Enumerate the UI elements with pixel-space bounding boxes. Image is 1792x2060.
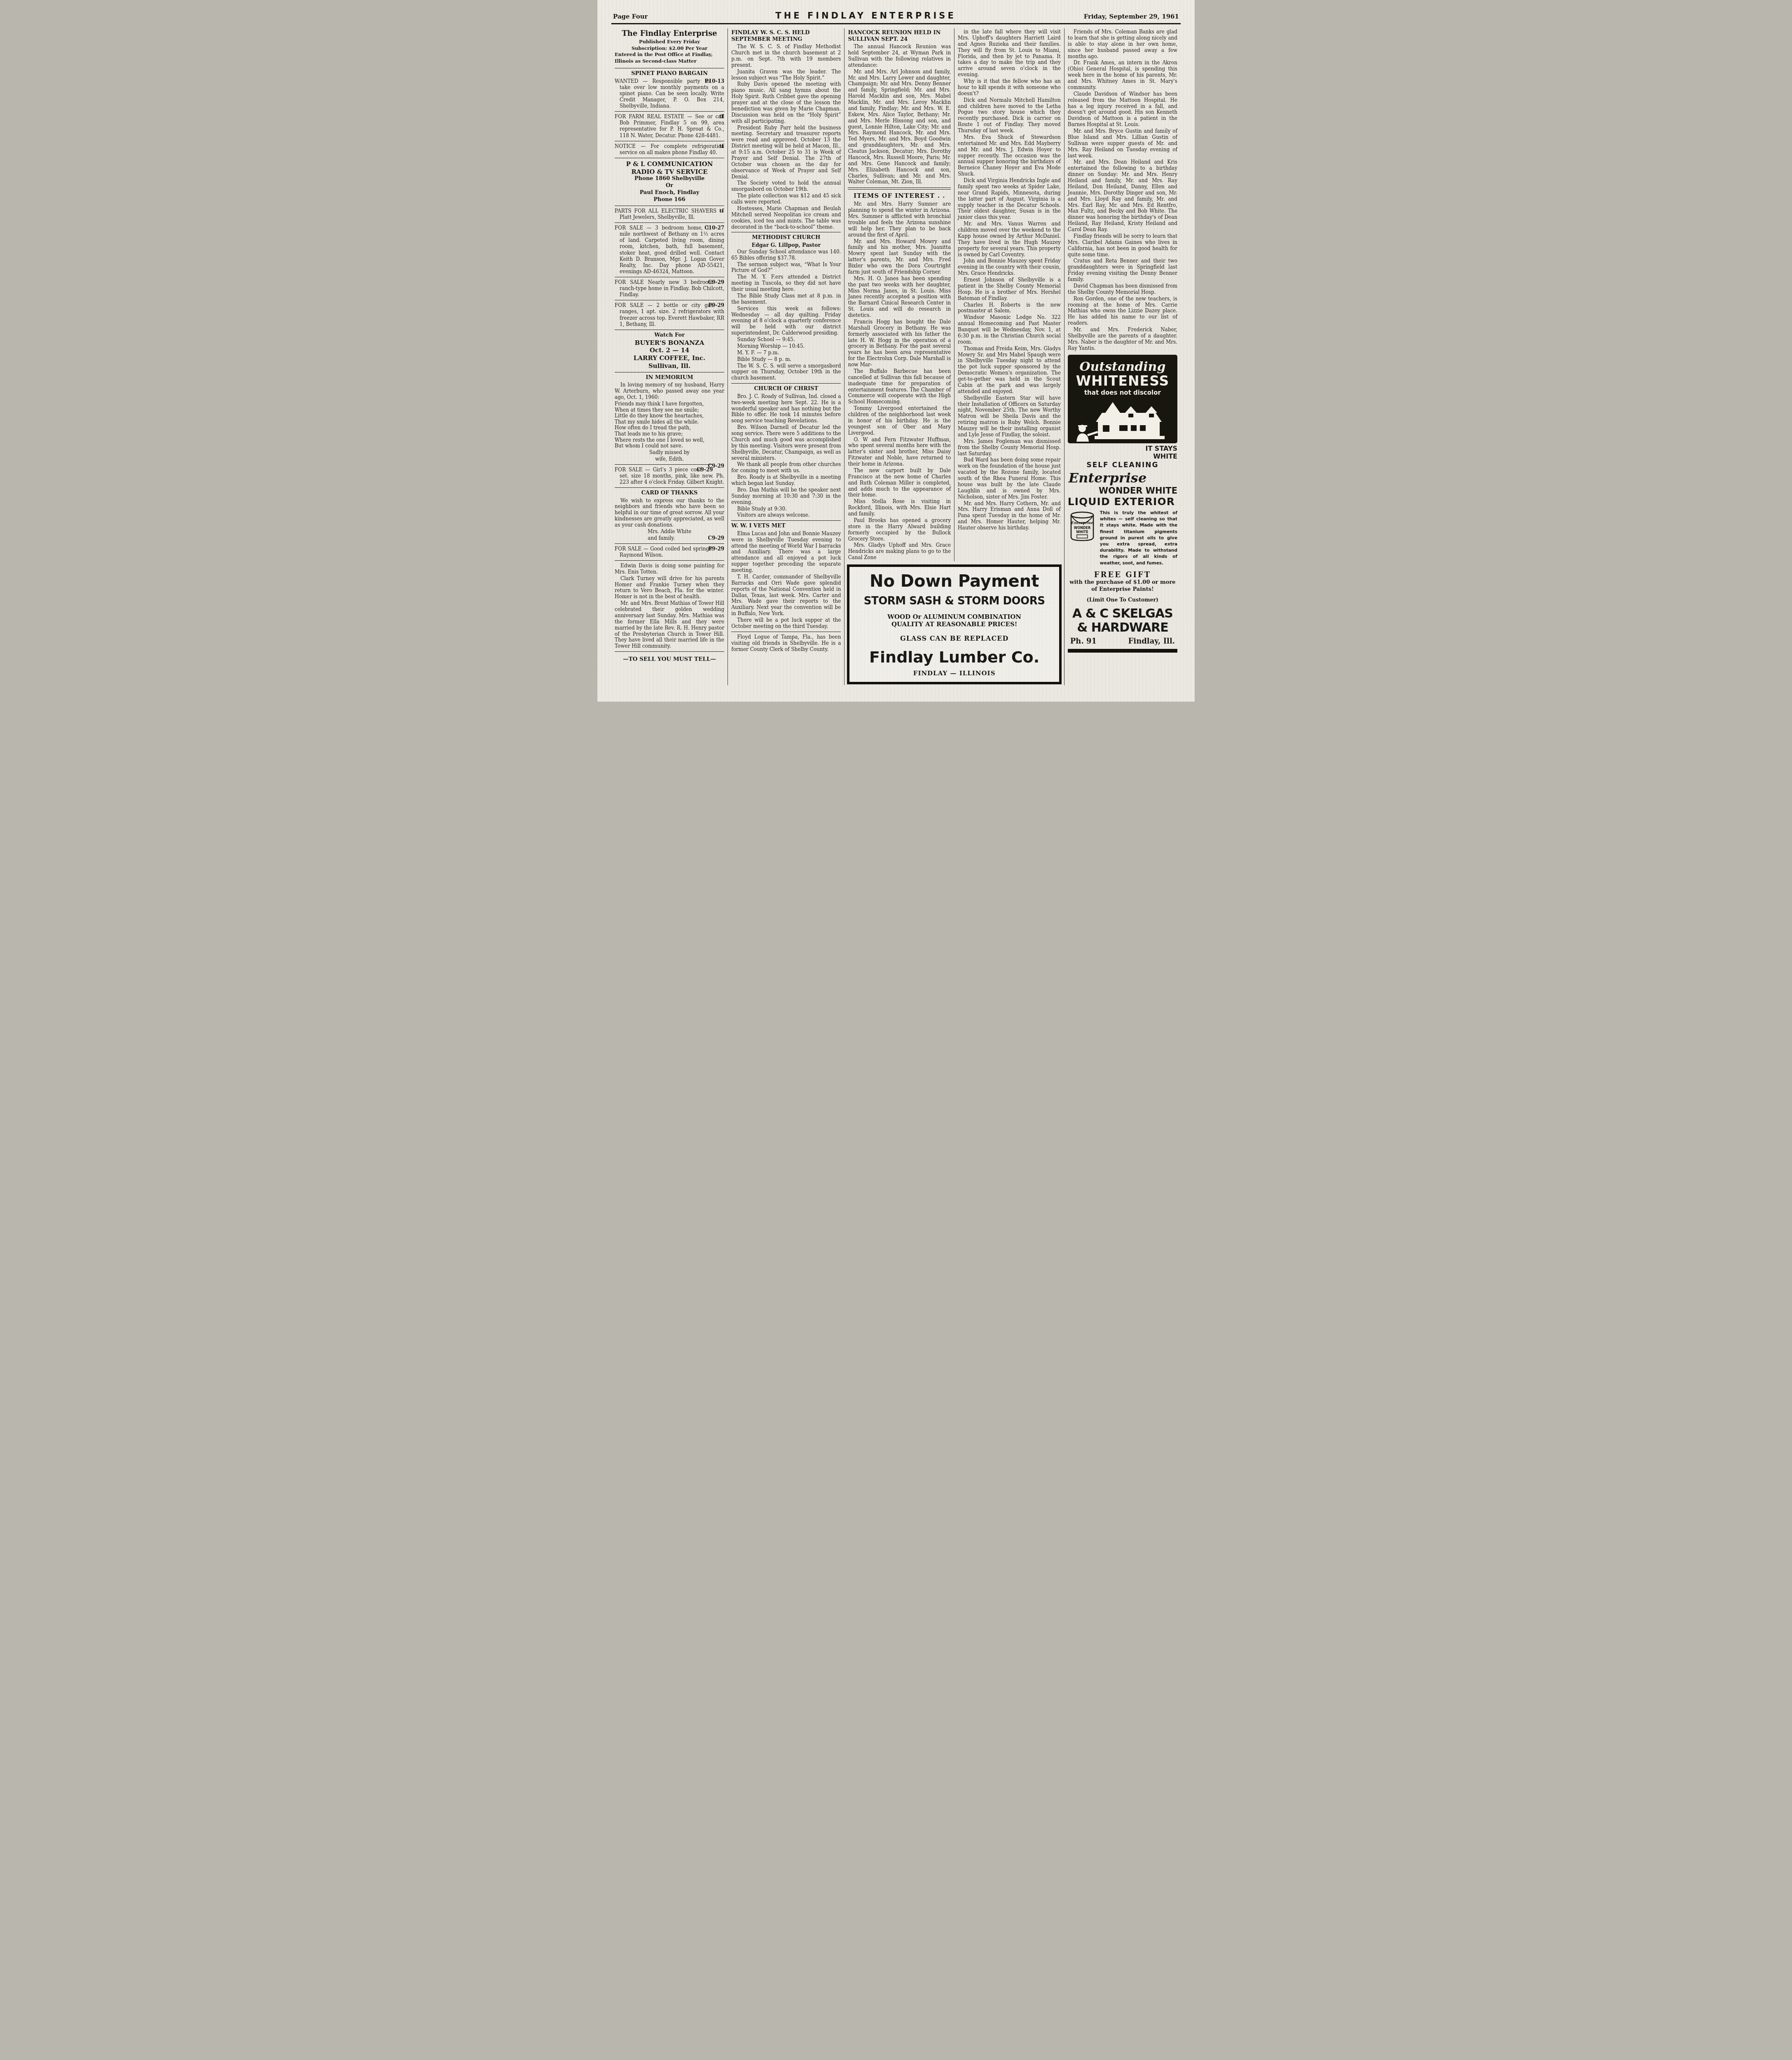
store-contact: Ph. 91 Findlay, Ill. bbox=[1068, 635, 1177, 646]
article-body: The annual Hancock Reunion was held Sept… bbox=[848, 44, 951, 185]
store-name-line: A & C SKELGAS bbox=[1068, 607, 1177, 621]
newspaper-title: THE FINDLAY ENTERPRISE bbox=[775, 11, 956, 21]
article-forsale-ranges: P9-29FOR SALE — 2 bottle or city gas ran… bbox=[615, 302, 724, 327]
divider-double bbox=[848, 187, 951, 190]
divider bbox=[615, 277, 724, 277]
divider bbox=[615, 464, 713, 465]
ad-line: Oct. 2 — 14 bbox=[615, 346, 724, 354]
article-items-of-interest: ITEMS OF INTEREST . . Mr. and Mrs. Harry… bbox=[848, 192, 951, 561]
paragraph: Edwin Davis is doing some painting for M… bbox=[615, 563, 724, 575]
paragraph: Bro. Wilson Darnell of Decatur led the s… bbox=[731, 424, 841, 461]
article-pl-communication: P & L COMMUNICATION RADIO & TV SERVICE P… bbox=[615, 160, 724, 204]
local-news: Edwin Davis is doing some painting for M… bbox=[615, 563, 724, 649]
classified-ad: P9-29FOR SALE — Good coiled bed springs.… bbox=[615, 546, 724, 558]
paint-ad-big-word: WHITENESS bbox=[1072, 374, 1173, 389]
paint-ad-product-line: LIQUID EXTERIOR bbox=[1068, 496, 1177, 508]
enterprise-paint-ad: Outstanding WHITENESS that does not disc… bbox=[1068, 355, 1177, 653]
free-gift-limit: (Limit One To Customer) bbox=[1068, 597, 1177, 603]
ad-line: Watch For bbox=[615, 332, 724, 339]
paint-ad-description-row: Enterprise WONDER WHITE This is truly th… bbox=[1068, 510, 1177, 566]
divider bbox=[615, 111, 724, 112]
paragraph: Windsor Masonic Lodge No. 322 annual Hom… bbox=[958, 314, 1061, 345]
signoff-line: wife, Edith. bbox=[615, 456, 724, 462]
paragraph: We thank all people from other churches … bbox=[731, 461, 841, 474]
ad-text: FOR FARM REAL ESTATE — See or call Bob P… bbox=[615, 114, 724, 138]
lumber-ad-text: QUALITY AT REASONABLE PRICES! bbox=[854, 620, 1055, 628]
article-body: The W. S. C. S. of Findlay Methodist Chu… bbox=[731, 44, 841, 230]
paragraph: Bud Ward has been doing some repair work… bbox=[958, 457, 1061, 500]
ad-line: LARRY COFFEE, Inc. bbox=[615, 354, 724, 362]
ad-code: C9-29 bbox=[713, 279, 725, 286]
paragraph: Thomas and Freida Keim, Mrs. Gladys Mowr… bbox=[958, 346, 1061, 395]
paragraph: The W. S. C. S. of Findlay Methodist Chu… bbox=[731, 44, 841, 68]
divider bbox=[615, 372, 724, 372]
classified-ad: C10-27FOR SALE — 3 bedroom home, 1 mile … bbox=[615, 225, 724, 275]
paragraph: Mr. and Mrs. Harry Cothern, Mr. and Mrs.… bbox=[958, 501, 1061, 531]
classified-ad: P9-29FOR SALE — 2 bottle or city gas ran… bbox=[615, 302, 724, 327]
paragraph: The annual Hancock Reunion was held Sept… bbox=[848, 44, 951, 68]
paragraph: Dick and Virginia Hendricks Ingle and fa… bbox=[958, 178, 1061, 220]
svg-text:WHITE: WHITE bbox=[1076, 530, 1088, 534]
column-1: The Findlay Enterprise Published Every F… bbox=[611, 28, 728, 685]
paint-ad-stays-line: IT STAYS bbox=[1068, 445, 1177, 452]
ad-text: FOR SALE — 2 bottle or city gas ranges, … bbox=[615, 302, 724, 327]
free-gift-body: with the purchase of $1.00 or more of En… bbox=[1068, 579, 1177, 593]
svg-text:WONDER: WONDER bbox=[1074, 526, 1091, 530]
poem-line: But whom I could not save. bbox=[615, 443, 724, 449]
store-city: Findlay, Ill. bbox=[1128, 637, 1175, 646]
ad-code: C9-29 bbox=[702, 467, 713, 473]
article-heading: HANCOCK REUNION HELD IN SULLIVAN SEPT. 2… bbox=[848, 30, 951, 42]
paragraph: Our Sunday School attendance was 140. 65… bbox=[731, 249, 841, 261]
paragraph: Findlay friends will be sorry to learn t… bbox=[1068, 233, 1177, 258]
lumber-ad-headline: No Down Payment bbox=[854, 573, 1055, 590]
ad-line: Phone 166 bbox=[615, 197, 724, 204]
article-subheading: Edgar G. Lillpop, Pastor bbox=[731, 242, 841, 248]
slogan: —TO SELL YOU MUST TELL— bbox=[615, 656, 724, 662]
signoff-line: and family.C9-29 bbox=[615, 535, 724, 541]
ad-text: FOR SALE Nearly new 3 bedroom ranch-type… bbox=[615, 279, 724, 297]
divider bbox=[615, 300, 724, 300]
divider bbox=[615, 543, 724, 544]
paragraph: Mr. and Mrs. Howard Mowry and family and… bbox=[848, 239, 951, 275]
paragraph: Mr. and Mrs. Harry Sumner are planning t… bbox=[848, 201, 951, 238]
classified-ad: tfFOR FARM REAL ESTATE — See or call Bob… bbox=[615, 114, 724, 138]
paragraph: Services this week as follows: Wednesday… bbox=[731, 306, 841, 336]
article-ww1-vets: W. W. I VETS MET Elma Lucas and John and… bbox=[731, 523, 841, 630]
paragraph: Mrs. Eva Shuck of Stewardson entertained… bbox=[958, 134, 1061, 177]
article-church-of-christ: CHURCH OF CHRIST Bro. J. C. Roady of Sul… bbox=[731, 386, 841, 518]
paragraph: Mrs. James Fogleman was dismissed from t… bbox=[958, 438, 1061, 457]
ad-line: BUYER'S BONANZA bbox=[615, 339, 724, 347]
paragraph: Hostesses, Marie Chapman and Beulah Mitc… bbox=[731, 206, 841, 230]
paragraph: President Ruby Parr held the business me… bbox=[731, 125, 841, 180]
paragraph: The sermon subject was, “What Is Your Pi… bbox=[731, 262, 841, 274]
ad-line: P & L COMMUNICATION bbox=[615, 160, 724, 168]
divider bbox=[615, 141, 724, 141]
paragraph: Dick and Normalu Mitchell Hamilton and c… bbox=[958, 97, 1061, 134]
signoff-line: Sadly missed by bbox=[615, 449, 724, 456]
ad-code: P9-29 bbox=[713, 546, 724, 552]
divider bbox=[731, 632, 841, 632]
paragraph: O. W and Fern Fitzwater Huffman, who spe… bbox=[848, 437, 951, 467]
divider bbox=[615, 651, 724, 652]
ad-code: C9-29 bbox=[708, 535, 725, 541]
paragraph: Francis Hogg has bought the Dale Marshal… bbox=[848, 319, 951, 368]
paragraph: Mr. and Mrs. Frederick Naber, Shelbyvill… bbox=[1068, 327, 1177, 351]
lumber-ad-subheadline: STORM SASH & STORM DOORS bbox=[854, 595, 1055, 607]
article-hancock-reunion: HANCOCK REUNION HELD IN SULLIVAN SEPT. 2… bbox=[848, 30, 951, 185]
classified-ad: C9-29FOR SALE Nearly new 3 bedroom ranch… bbox=[615, 279, 724, 298]
divider bbox=[731, 383, 841, 384]
paint-can-illustration: Enterprise WONDER WHITE bbox=[1068, 510, 1097, 543]
ad-code: C10-27 bbox=[709, 225, 724, 231]
paragraph: Paul Brooks has opened a grocery store i… bbox=[848, 517, 951, 542]
ad-text: FOR SALE — Good coiled bed springs. Raym… bbox=[615, 546, 713, 558]
ad-text: FOR SALE — 3 bedroom home, 1 mile northw… bbox=[615, 225, 724, 274]
newspaper-page: Page Four THE FINDLAY ENTERPRISE Friday,… bbox=[597, 0, 1195, 702]
ad-code: P9-29 bbox=[713, 302, 724, 309]
divider bbox=[615, 560, 724, 561]
article-forsale-springs: P9-29FOR SALE — Good coiled bed springs.… bbox=[615, 546, 724, 558]
article-body: Our Sunday School attendance was 140. 65… bbox=[731, 249, 841, 381]
paint-ad-product-line: WONDER WHITE bbox=[1068, 486, 1177, 496]
paragraph: Cratus and Reta Benner and their two gra… bbox=[1068, 258, 1177, 283]
paragraph: Charles H. Roberts is the new postmaster… bbox=[958, 302, 1061, 314]
ad-text: PARTS FOR ALL ELECTRIC SHAVERS — Platt J… bbox=[615, 208, 724, 220]
paragraph: Ernest Johnson of Shelbyville is a patie… bbox=[958, 277, 1061, 302]
paragraph: Ron Gorden, one of the new teachers, is … bbox=[1068, 296, 1177, 326]
paragraph: T. H. Carder, commander of Shelbyville B… bbox=[731, 574, 841, 617]
ad-line: RADIO & TV SERVICE bbox=[615, 168, 724, 176]
paint-ad-stays: IT STAYS WHITE bbox=[1068, 445, 1177, 460]
paragraph: Morning Worship — 10:45. bbox=[731, 343, 841, 349]
article-wscs-meeting: FINDLAY W. S. C. S. HELD SEPTEMBER MEETI… bbox=[731, 30, 841, 230]
paragraph: Sunday School — 9:45. bbox=[731, 337, 841, 343]
divider bbox=[615, 158, 724, 158]
paragraph: Mrs. Gladys Uphoff and Mrs. Grace Hendri… bbox=[848, 542, 951, 561]
house-illustration bbox=[1072, 396, 1173, 442]
paragraph: Floyd Logue of Tampa, Fla., has been vis… bbox=[731, 634, 841, 653]
paint-ad-description: This is truly the whitest of whites — se… bbox=[1100, 510, 1177, 566]
classified-ad: tfPARTS FOR ALL ELECTRIC SHAVERS — Platt… bbox=[615, 208, 724, 220]
page-header: Page Four THE FINDLAY ENTERPRISE Friday,… bbox=[611, 11, 1181, 23]
lumber-ad-location: FINDLAY — ILLINOIS bbox=[854, 669, 1055, 677]
ad-bottom-bar bbox=[1068, 649, 1177, 653]
poem-line: Friends may think I have forgotten, bbox=[615, 401, 724, 407]
store-name-line: & HARDWARE bbox=[1068, 621, 1177, 635]
article-shaver-parts: tfPARTS FOR ALL ELECTRIC SHAVERS — Platt… bbox=[615, 208, 724, 220]
paragraph: Why is it that the fellow who has an hou… bbox=[958, 78, 1061, 97]
lumber-ad-text: GLASS CAN BE REPLACED bbox=[854, 634, 1055, 642]
paragraph: Tommy Livergood entertained the children… bbox=[848, 405, 951, 436]
ad-line: Sullivan, Ill. bbox=[615, 362, 724, 370]
article-farm-real-estate: tfFOR FARM REAL ESTATE — See or call Bob… bbox=[615, 114, 724, 138]
poem-line: Little do they know the heartaches, bbox=[615, 413, 724, 419]
article-heading: CHURCH OF CHRIST bbox=[731, 386, 841, 392]
paragraph: Bro. Roady is at Shelbyville in a meetin… bbox=[731, 474, 841, 487]
paint-ad-black-panel: Outstanding WHITENESS that does not disc… bbox=[1068, 355, 1177, 444]
paragraph: Mr. and Mrs. Dean Heiland and Kris enter… bbox=[1068, 159, 1177, 233]
divider bbox=[615, 68, 724, 68]
masthead-line: Entered in the Post Office at Findlay, I… bbox=[615, 51, 724, 64]
paint-ad-stays-line: WHITE bbox=[1068, 453, 1177, 460]
svg-text:Enterprise: Enterprise bbox=[1071, 521, 1093, 525]
divider bbox=[615, 206, 724, 206]
ad-code: P10-13 bbox=[710, 78, 724, 84]
paragraph: The Buffalo Barbecue has been cancelled … bbox=[848, 368, 951, 405]
article-body: in the late fall where they will visit M… bbox=[958, 29, 1061, 531]
article-heading: CARD OF THANKS bbox=[615, 490, 724, 496]
lumber-ad-text: WOOD Or ALUMINUM COMBINATION bbox=[854, 613, 1055, 620]
paint-ad-script-word: Outstanding bbox=[1072, 360, 1173, 374]
ad-line: Phone 1860 Shelbyville bbox=[615, 176, 724, 183]
article-card-of-thanks: CARD OF THANKS We wish to express our th… bbox=[615, 490, 724, 541]
free-gift-heading: FREE GIFT bbox=[1068, 571, 1177, 579]
store-name: A & C SKELGAS & HARDWARE bbox=[1068, 607, 1177, 635]
paragraph: The Bible Study Class met at 8 p.m. in t… bbox=[731, 293, 841, 305]
poem-line: Where rests the one I loved so well, bbox=[615, 437, 724, 443]
paragraph: Claude Davidson of Windsor has been rele… bbox=[1068, 91, 1177, 128]
paragraph: The W. S. C. S. will serve a smorgasbord… bbox=[731, 363, 841, 382]
findlay-lumber-ad: No Down Payment STORM SASH & STORM DOORS… bbox=[847, 564, 1061, 684]
paragraph: The M. Y. F.ers attended a District meet… bbox=[731, 274, 841, 293]
paragraph: Bro. Dan Mathis will be the speaker next… bbox=[731, 487, 841, 506]
paragraph: We wish to express our thanks to the nei… bbox=[615, 498, 724, 528]
ad-line: Paul Enoch, Findlay bbox=[615, 190, 724, 197]
poem-line: How often do I tread the path, bbox=[615, 425, 724, 431]
article-methodist-church: METHODIST CHURCH Edgar G. Lillpop, Pasto… bbox=[731, 234, 841, 381]
paragraph: Bro. J. C. Roady of Sullivan, Ind. close… bbox=[731, 393, 841, 424]
paint-ad-self-cleaning: SELF CLEANING bbox=[1068, 461, 1177, 469]
divider bbox=[615, 330, 724, 330]
article-body: Mr. and Mrs. Harry Sumner are planning t… bbox=[848, 201, 951, 561]
article-notice-refrigeration: tfNOTICE — For complete refrigeration se… bbox=[615, 143, 724, 156]
column-4: in the late fall where they will visit M… bbox=[954, 28, 1064, 561]
article-heading: IN MEMORIUM bbox=[615, 375, 724, 381]
columns-3-4-text: HANCOCK REUNION HELD IN SULLIVAN SEPT. 2… bbox=[845, 28, 1064, 561]
article-body: Bro. J. C. Roady of Sullivan, Ind. close… bbox=[731, 393, 841, 519]
paragraph: Friends of Mrs. Coleman Banks are glad t… bbox=[1068, 29, 1177, 59]
paragraph: Mr. and Mrs. Vanus Warren and children m… bbox=[958, 221, 1061, 257]
paragraph: Visitors are always welcome. bbox=[731, 512, 841, 518]
paragraph: Ruby Davis opened the meeting with piano… bbox=[731, 81, 841, 124]
paragraph: The plate collection was $12 and 45 sick… bbox=[731, 193, 841, 205]
poem: Friends may think I have forgotten,When … bbox=[615, 401, 724, 449]
paragraph: Bible Study — 8 p. m. bbox=[731, 356, 841, 363]
article-in-memorium: IN MEMORIUM In loving memory of my husba… bbox=[615, 375, 724, 462]
paragraph: Mr. and Mrs. Bryce Gustin and family of … bbox=[1068, 128, 1177, 159]
masthead-line: Published Every Friday bbox=[615, 39, 724, 45]
article-spinet-piano: SPINET PIANO BARGAIN P10-13WANTED — Resp… bbox=[615, 70, 724, 109]
columns: The Findlay Enterprise Published Every F… bbox=[611, 28, 1181, 685]
article-body: Friends of Mrs. Coleman Banks are glad t… bbox=[1068, 29, 1177, 351]
paragraph: The Society voted to hold the annual smo… bbox=[731, 180, 841, 192]
page-number: Page Four bbox=[613, 13, 648, 20]
paragraph: Mr. and Mrs. Brent Mathias of Tower Hill… bbox=[615, 600, 724, 649]
article-heading: FINDLAY W. S. C. S. HELD SEPTEMBER MEETI… bbox=[731, 30, 841, 42]
lumber-ad-company: Findlay Lumber Co. bbox=[854, 648, 1055, 666]
divider bbox=[731, 520, 841, 521]
column-2: FINDLAY W. S. C. S. HELD SEPTEMBER MEETI… bbox=[728, 28, 844, 685]
article-heading: SPINET PIANO BARGAIN bbox=[615, 70, 724, 77]
paragraph: There will be a pot luck supper at the O… bbox=[731, 617, 841, 630]
masthead-box: The Findlay Enterprise Published Every F… bbox=[615, 28, 724, 66]
poem-line: That my smile hides all the while. bbox=[615, 419, 724, 425]
paragraph: John and Bonnie Mauzey spent Friday even… bbox=[958, 258, 1061, 276]
signoff-text: wife, Edith. bbox=[655, 456, 684, 462]
enterprise-brand-script: Enterprise bbox=[1069, 470, 1177, 486]
ad-line: Or bbox=[615, 183, 724, 190]
paragraph: Juanita Graven was the leader. The lesso… bbox=[731, 69, 841, 81]
paragraph: in the late fall where they will visit M… bbox=[958, 29, 1061, 78]
paragraph: Miss Stella Rose is visiting in Rockford… bbox=[848, 499, 951, 517]
paint-ad-tagline: that does not discolor bbox=[1072, 389, 1173, 396]
divider bbox=[615, 222, 724, 223]
paragraph: Mrs. H. O. Janes has been spending the p… bbox=[848, 276, 951, 318]
article-heading: ITEMS OF INTEREST . . bbox=[848, 192, 951, 199]
article-heading: METHODIST CHURCH bbox=[731, 234, 841, 241]
paragraph: Elma Lucas and John and Bonnie Mauzey we… bbox=[731, 531, 841, 574]
masthead-line: Subscription: $2.00 Per Year bbox=[615, 45, 724, 52]
classified-ad: P10-13WANTED — Responsible party to take… bbox=[615, 78, 724, 110]
poem-line: That leads me to his grave; bbox=[615, 431, 724, 437]
divider bbox=[731, 232, 841, 232]
paragraph: Clark Turney will drive for his parents … bbox=[615, 576, 724, 600]
article-body: Elma Lucas and John and Bonnie Mauzey we… bbox=[731, 531, 841, 630]
header-rule bbox=[611, 23, 1181, 24]
ad-code: C9-29 bbox=[713, 463, 725, 469]
columns-3-4: HANCOCK REUNION HELD IN SULLIVAN SEPT. 2… bbox=[844, 28, 1064, 685]
paragraph: Mr. and Mrs. Arl Johnson and family, Mr.… bbox=[848, 69, 951, 185]
masthead-title: The Findlay Enterprise bbox=[615, 29, 724, 38]
classified-ad: tfNOTICE — For complete refrigeration se… bbox=[615, 143, 724, 156]
article-forsale-coat: C9-29FOR SALE — Girl's 3 piece coat set.… bbox=[615, 467, 724, 485]
classified-ad: C9-29FOR SALE — Girl's 3 piece coat set.… bbox=[615, 467, 724, 485]
article-forsale-home: C10-27FOR SALE — 3 bedroom home, 1 mile … bbox=[615, 225, 724, 275]
issue-date: Friday, September 29, 1961 bbox=[1084, 13, 1179, 20]
paragraph: In loving memory of my husband, Harry W.… bbox=[615, 382, 724, 400]
paragraph: The new carport built by Dale Francisco … bbox=[848, 468, 951, 498]
paragraph: Shelbyville Eastern Star will have their… bbox=[958, 395, 1061, 438]
article-heading: W. W. I VETS MET bbox=[731, 523, 841, 529]
column-5: Friends of Mrs. Coleman Banks are glad t… bbox=[1064, 28, 1181, 685]
poem-line: When at times they see me smile; bbox=[615, 407, 724, 413]
article-buyers-bonanza: Watch For BUYER'S BONANZA Oct. 2 — 14 LA… bbox=[615, 332, 724, 370]
ad-text: WANTED — Responsible party to take over … bbox=[615, 78, 724, 109]
paragraph: Bible Study at 9:30. bbox=[731, 506, 841, 512]
paragraph: M. Y. F. — 7 p.m. bbox=[731, 350, 841, 356]
article-forsale-ranch: C9-29FOR SALE Nearly new 3 bedroom ranch… bbox=[615, 279, 724, 298]
paragraph: Dr. Frank Ames, an intern in the Akron (… bbox=[1068, 60, 1177, 90]
divider bbox=[615, 487, 724, 488]
store-phone: Ph. 91 bbox=[1070, 637, 1097, 646]
signoff-text: and family. bbox=[648, 535, 675, 541]
ad-text: NOTICE — For complete refrigeration serv… bbox=[615, 143, 724, 155]
column-3: HANCOCK REUNION HELD IN SULLIVAN SEPT. 2… bbox=[845, 28, 954, 561]
paragraph: David Chapman has been dismissed from th… bbox=[1068, 283, 1177, 295]
signoff-line: Mrs. Addie White bbox=[615, 529, 724, 535]
